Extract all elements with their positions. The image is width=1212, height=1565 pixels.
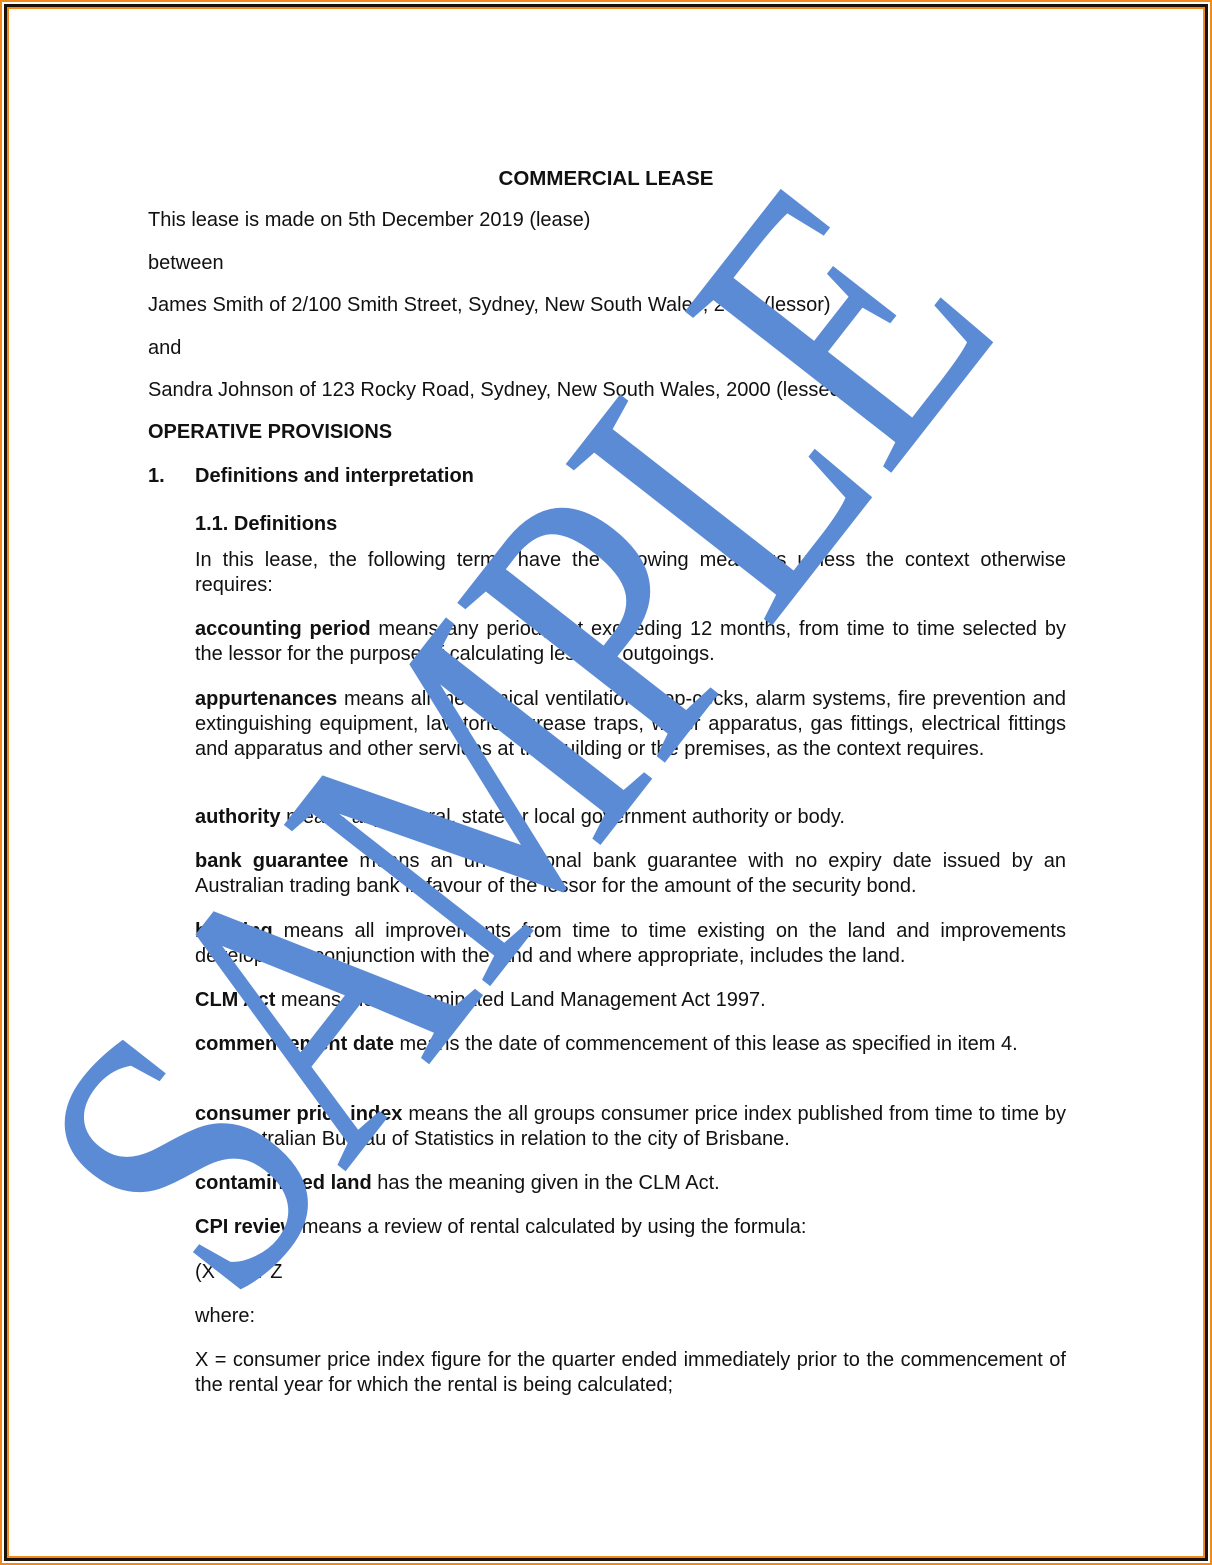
definition-text: means the Contaminated Land Management A… bbox=[275, 989, 765, 1011]
definition-item: contaminated land has the meaning given … bbox=[195, 1171, 1066, 1196]
definition-text: means any federal, state or local govern… bbox=[281, 806, 845, 828]
definition-term: consumer price index bbox=[195, 1103, 402, 1125]
document-title: COMMERCIAL LEASE bbox=[0, 166, 1212, 191]
definition-text: has the meaning given in the CLM Act. bbox=[372, 1172, 720, 1194]
definition-item: accounting period means any period, not … bbox=[195, 617, 1066, 667]
definition-term: authority bbox=[195, 806, 281, 828]
subsection-title: 1.1. Definitions bbox=[195, 512, 1066, 537]
operative-heading: OPERATIVE PROVISIONS bbox=[148, 420, 1066, 445]
intro-line: This lease is made on 5th December 2019 … bbox=[148, 208, 1066, 233]
definition-item: commencement date means the date of comm… bbox=[195, 1032, 1066, 1057]
definition-text: means the date of commencement of this l… bbox=[394, 1033, 1018, 1055]
definition-text: means a review of rental calculated by u… bbox=[296, 1216, 806, 1238]
definition-term: appurtenances bbox=[195, 688, 337, 710]
formula-where: where: bbox=[195, 1304, 1066, 1329]
section-number: 1. bbox=[148, 464, 165, 489]
intro-line: Sandra Johnson of 123 Rocky Road, Sydney… bbox=[148, 378, 1066, 403]
definition-term: commencement date bbox=[195, 1033, 394, 1055]
definitions-preamble: In this lease, the following terms have … bbox=[195, 548, 1066, 598]
definition-item: CLM Act means the Contaminated Land Mana… bbox=[195, 988, 1066, 1013]
intro-line: James Smith of 2/100 Smith Street, Sydne… bbox=[148, 293, 1066, 318]
definition-item: building means all improvements from tim… bbox=[195, 919, 1066, 969]
definition-term: building bbox=[195, 920, 273, 942]
formula-x-definition: X = consumer price index figure for the … bbox=[195, 1348, 1066, 1398]
cpi-formula: (X * Y) / Z bbox=[195, 1260, 1066, 1285]
definition-item: bank guarantee means an unconditional ba… bbox=[195, 849, 1066, 899]
intro-line: between bbox=[148, 251, 1066, 276]
document-page: COMMERCIAL LEASE This lease is made on 5… bbox=[0, 0, 1212, 1565]
definition-item: appurtenances means all mechanical venti… bbox=[195, 687, 1066, 762]
definition-term: bank guarantee bbox=[195, 850, 348, 872]
definition-item: authority means any federal, state or lo… bbox=[195, 805, 1066, 830]
section-title: Definitions and interpretation bbox=[195, 464, 1066, 489]
intro-line: and bbox=[148, 336, 1066, 361]
definition-item: CPI review means a review of rental calc… bbox=[195, 1215, 1066, 1240]
definition-term: accounting period bbox=[195, 618, 371, 640]
definition-term: CLM Act bbox=[195, 989, 275, 1011]
definition-text: means all improvements from time to time… bbox=[195, 920, 1066, 967]
definition-term: CPI review bbox=[195, 1216, 296, 1238]
definition-item: consumer price index means the all group… bbox=[195, 1102, 1066, 1152]
definition-term: contaminated land bbox=[195, 1172, 372, 1194]
